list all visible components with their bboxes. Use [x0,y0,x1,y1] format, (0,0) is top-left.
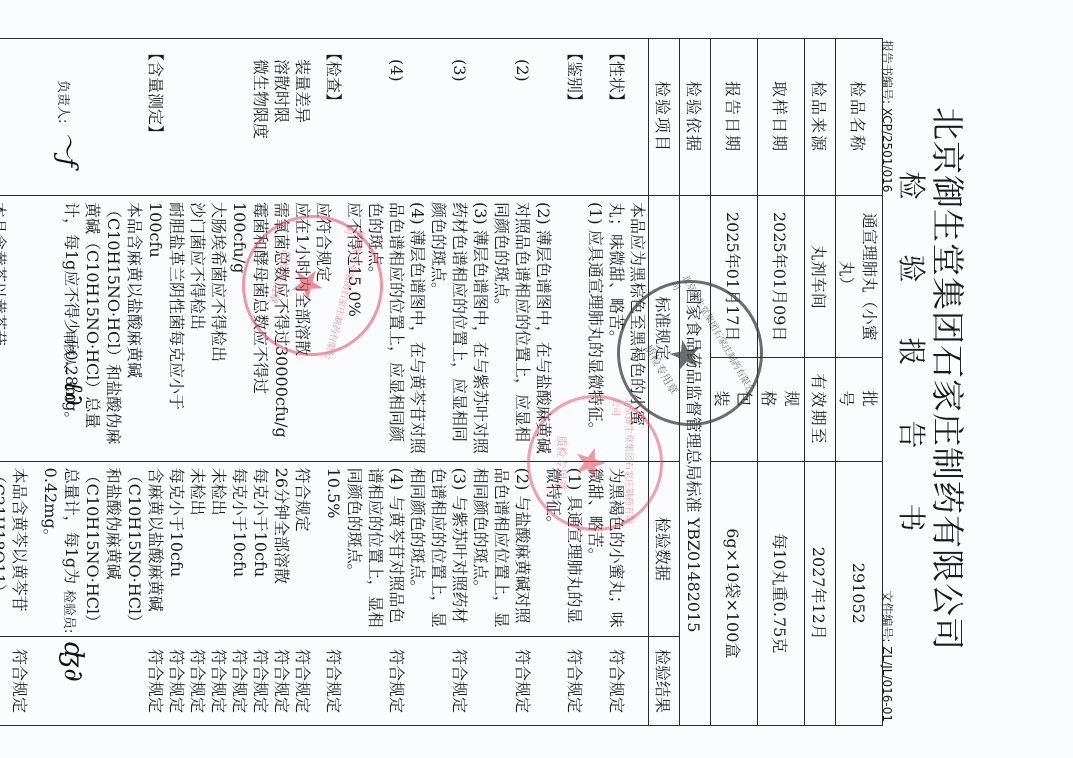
value-source: 丸剂车间 [805,195,836,358]
item-name: (3) [407,45,470,189]
item-data: 为黑褐色的小蜜丸；味微甜、略苦。 [585,468,627,630]
row-report-date: 报告日期 2025年01月17日 包 装 6g×10袋×100盒 [711,39,758,726]
value-basis: 国家食品药品监督管理总局标准 YBZ01482015 [680,195,711,725]
column-headers: 检验项目 标准规定 检验数据 检验结果 [649,39,680,726]
item-result: 符合规定 [533,643,585,719]
row-product-name: 检品名称 通宣理肺丸（小蜜丸） 批 号 291052 [836,39,883,726]
label-source: 检品来源 [805,39,836,196]
label-expiry: 有效期至 [805,358,836,461]
row-sample-date: 取样日期 2025年01月09日 规 格 每10丸重0.75克 [758,39,805,726]
item-standard: 沙门菌应不得检出 [187,202,208,455]
item-name: 【性状】 [585,45,627,189]
label-package: 包 装 [711,358,758,461]
item-data: (3) 与紫苏叶对照药材色谱相应的位置上，显相同颜色的斑点。 [407,468,470,630]
document-title: 检验报告书 [893,0,933,758]
value-expiry: 2027年12月 [805,461,836,725]
item-result: 符合规定 [271,643,292,719]
item-data: 每克小于10cfu [250,468,271,630]
header-standard: 标准规定 [649,195,680,461]
item-standard: (1) 应具通宣理肺丸的显微特征。 [554,202,606,455]
signature-reviewer: 审核人:ℓ∂ [58,330,88,406]
item-standard: (4) 薄层色谱图中，在与黄芩苷对照品色谱相应的位置上，应显相同颜色的斑点。 [365,202,428,455]
item-result: 符合规定 [407,643,470,719]
item-result: 符合规定 [585,643,627,719]
inspector-signature: ʤ∂ [58,641,88,681]
item-result: 符合规定 [187,643,208,719]
label-batch: 批 号 [836,358,883,461]
item-name: 装量差异 [292,45,313,189]
item-standard: 应在1小时内全部溶散 [292,202,313,455]
item-result: 符合规定 [166,643,187,719]
item-data: (2) 与盐酸麻黄碱对照品色谱相应位置上，显相同颜色的斑点。 [470,468,533,630]
item-standard: 霉菌和酵母菌总数应不得过100cfu/g [229,202,271,455]
item-result: 符合规定 [470,643,533,719]
item-standard: 应符合规定 [313,202,334,455]
item-standard: 本品含黄芩以黄芩苷（C21H18O11）计，每1g应不得少于3.4mg。 [0,202,9,455]
item-result: 符合规定 [313,643,344,719]
signature-inspector: 检验员:ʤ∂ [58,590,88,682]
item-data: 未检出 [208,468,229,630]
value-batch: 291052 [836,461,883,725]
item-result: 符合规定 [292,643,313,719]
row-source: 检品来源 丸剂车间 有效期至 2027年12月 [805,39,836,726]
row-basis: 检验依据 国家食品药品监督管理总局标准 YBZ01482015 [680,39,711,726]
value-sample-date: 2025年01月09日 [758,195,805,358]
item-result: 符合规定 [0,643,30,719]
item-data: (1) 具通宣理肺丸的显微特征。 [533,468,585,630]
reviewer-label: 审核人: [61,330,76,373]
item-standard: (2) 薄层色谱图中，在与盐酸麻黄碱对照品色谱相应的位置上，应显相同颜色的斑点。 [491,202,554,455]
header-items: 检验项目 [649,39,680,196]
value-package: 6g×10袋×100盒 [711,461,758,725]
label-sample-date: 取样日期 [758,39,805,196]
item-name: 微生物限度 [250,45,271,189]
standard-column: 本品应为黑棕色至黑褐色的小蜜丸；味微甜、略苦。(1) 应具通宣理肺丸的显微特征。… [0,195,649,461]
item-name: (4) [344,45,407,189]
item-name [229,45,250,189]
item-name: 【鉴别】 [533,45,585,189]
item-standard: 应不得过15.0% [334,202,365,455]
item-data: 未检出 [187,468,208,630]
item-standard: 大肠埃希菌应不得检出 [208,202,229,455]
report-table: 检品名称 通宣理肺丸（小蜜丸） 批 号 291052 检品来源 丸剂车间 有效期… [0,38,883,726]
item-name [208,45,229,189]
label-product-name: 检品名称 [836,39,883,196]
item-standard: 耐胆盐革兰阴性菌每克应小于100cfu [145,202,187,455]
header-result: 检验结果 [649,637,680,726]
data-column: 为黑褐色的小蜜丸；味微甜、略苦。(1) 具通宣理肺丸的显微特征。(2) 与盐酸麻… [0,461,649,636]
item-result: 符合规定 [344,643,407,719]
responsible-signature: 〜ƒ [52,131,82,167]
items-column: 【性状】【鉴别】(2)(3)(4)【检查】装量差异溶散时限微生物限度【含量测定】 [0,39,649,196]
company-name: 北京御生堂集团石家庄制药有限公司 [926,0,973,758]
inspector-label: 检验员: [61,590,76,633]
header-data: 检验数据 [649,461,680,636]
item-standard: 本品含麻黄以盐酸麻黄碱（C10H15NO·HCl）和盐酸伪麻黄碱（C10H15N… [9,202,145,455]
value-spec: 每10丸重0.75克 [758,461,805,725]
item-data: 26分钟全部溶散 [271,468,292,630]
reviewer-signature: ℓ∂ [58,381,88,405]
item-data: 符合规定 [292,468,313,630]
item-result: 符合规定 [30,643,166,719]
item-name [187,45,208,189]
value-report-date: 2025年01月17日 [711,195,758,358]
item-name: 【检查】 [313,45,344,189]
label-spec: 规 格 [758,358,805,461]
item-standard: 本品应为黑棕色至黑褐色的小蜜丸；味微甜、略苦。 [606,202,648,455]
responsible-label: 负责人: [55,80,70,123]
item-name: (2) [470,45,533,189]
item-data: 含麻黄以盐酸麻黄碱（C10H15NO·HCl）和盐酸伪麻黄碱（C10H15NO·… [30,468,166,630]
label-basis: 检验依据 [680,39,711,196]
item-data: 每克小于10cfu [229,468,250,630]
item-data: 每克小于10cfu [166,468,187,630]
items-body: 【性状】【鉴别】(2)(3)(4)【检查】装量差异溶散时限微生物限度【含量测定】… [0,39,649,726]
item-result: 符合规定 [229,643,250,719]
item-name [0,45,30,189]
item-result: 符合规定 [208,643,229,719]
item-name: 溶散时限 [271,45,292,189]
signature-responsible: 负责人:〜ƒ [51,80,88,167]
value-product-name: 通宣理肺丸（小蜜丸） [836,195,883,358]
item-name [166,45,187,189]
inspection-report-page: 北京御生堂集团石家庄制药有限公司 检验报告书 报告书编号: XCP/2501/0… [0,0,1073,758]
item-standard: (3) 薄层色谱图中，在与紫苏叶对照药材色谱相应的位置上，应显相同颜色的斑点。 [428,202,491,455]
label-report-date: 报告日期 [711,39,758,196]
result-column: 符合规定符合规定符合规定符合规定符合规定符合规定符合规定符合规定符合规定符合规定… [0,637,649,726]
item-data: (4) 与黄芩苷对照品色谱相应的位置上，显相同颜色的斑点。 [344,468,407,630]
item-result: 符合规定 [250,643,271,719]
item-data: 10.5% [313,468,344,630]
item-data: 本品含黄芩以黄芩苷（C21H18O11）计，每1g为4.9mg。 [0,468,30,630]
item-standard: 需氧菌总数应不得过30000cfu/g [271,202,292,455]
